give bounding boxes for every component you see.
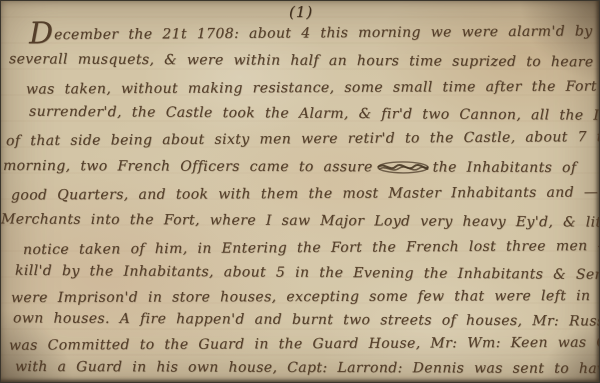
manuscript-scan: (1) December the 21t 1708: about 4 this … <box>0 0 600 383</box>
manuscript-line: were Imprison'd in store houses, excepti… <box>11 286 600 308</box>
manuscript-line: severall musquets, & were within half an… <box>9 49 600 72</box>
manuscript-line: December the 21t 1708: about 4 this morn… <box>29 21 600 46</box>
manuscript-line: with a Guard in his own house, Capt: Lar… <box>15 357 600 379</box>
manuscript-line: own houses. A fire happen'd and burnt tw… <box>13 308 600 331</box>
scribbled-out-word <box>376 159 430 174</box>
manuscript-line: of that side being about sixty men were … <box>6 127 600 151</box>
manuscript-line: Merchants into the Fort, where I saw Maj… <box>1 209 600 232</box>
manuscript-line: was Committed to the Guard in the Guard … <box>9 332 600 355</box>
page-number: (1) <box>289 3 313 21</box>
manuscript-line-text: the Inhabitants of <box>433 159 577 176</box>
manuscript-line: morning, two French Officers came to ass… <box>3 156 577 178</box>
manuscript-line-text: ecember the 21t 1708: about 4 this morni… <box>54 23 600 44</box>
drop-cap-initial: D <box>29 16 53 51</box>
manuscript-line: kill'd by the Inhabitants, about 5 in th… <box>15 261 600 285</box>
manuscript-line-text: morning, two French Officers came to ass… <box>3 158 373 175</box>
manuscript-line: good Quarters, and took with them the mo… <box>11 182 598 205</box>
manuscript-line: surrender'd, the Castle took the Alarm, … <box>29 102 600 127</box>
manuscript-line: was taken, without making resistance, so… <box>26 76 600 99</box>
manuscript-line: notice taken of him, in Entering the For… <box>23 236 600 260</box>
